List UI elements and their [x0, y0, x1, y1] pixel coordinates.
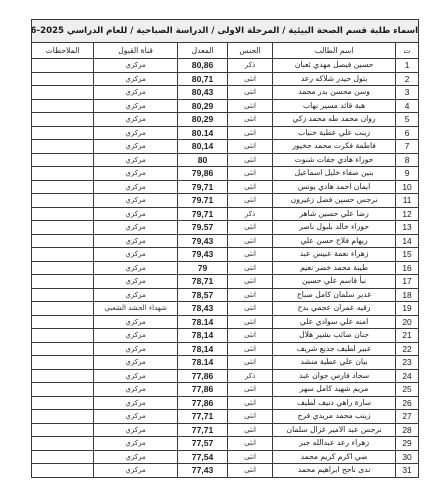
- cell-name: هبة قائد مسير نهاب: [273, 99, 396, 113]
- cell-channel: مركزي: [94, 315, 178, 329]
- cell-gender: انثى: [228, 464, 273, 478]
- cell-gender: انثى: [228, 342, 273, 356]
- cell-no: 12: [396, 207, 419, 221]
- header-no: ت: [396, 43, 419, 59]
- table-row: 2بتول حيدر شلاكه رعدانثى80,71مركزي: [32, 72, 419, 86]
- cell-name: وسن محسن بدر محمد: [273, 86, 396, 100]
- cell-no: 31: [396, 464, 419, 478]
- cell-gender: ذكر: [228, 207, 273, 221]
- cell-channel: مركزي: [94, 450, 178, 464]
- cell-no: 28: [396, 423, 419, 437]
- table-row: 29زهراء رعد عبدالله جبرانثى77,57مركزي: [32, 437, 419, 451]
- cell-no: 1: [396, 59, 419, 73]
- cell-gender: انثى: [228, 167, 273, 181]
- cell-no: 22: [396, 342, 419, 356]
- cell-average: 77,57: [178, 437, 228, 451]
- cell-no: 2: [396, 72, 419, 86]
- cell-notes: [32, 153, 94, 167]
- table-row: 13حوراء خالد بلبول ناصرانثى79.57مركزي: [32, 221, 419, 235]
- cell-channel: مركزي: [94, 207, 178, 221]
- table-row: 19رقيه عمران عجمي بدحانثى78,43شهداء الحش…: [32, 302, 419, 316]
- cell-average: 77,86: [178, 396, 228, 410]
- cell-channel: مركزي: [94, 464, 178, 478]
- cell-name: غدير سلمان كامل صباح: [273, 288, 396, 302]
- cell-name: حوراء هادي جفات شنوت: [273, 153, 396, 167]
- table-row: 7فاطمة فكرت محمد جخيورانثى80,14مركزي: [32, 140, 419, 154]
- cell-average: 77,71: [178, 410, 228, 424]
- cell-name: بيان علي عطية منشد: [273, 356, 396, 370]
- cell-name: مريم شهيد كامل سهر: [273, 383, 396, 397]
- header-row: ت اسم الطالب الجنس المعدل قناة القبول ال…: [32, 43, 419, 59]
- cell-no: 6: [396, 126, 419, 140]
- cell-notes: [32, 248, 94, 262]
- cell-notes: [32, 261, 94, 275]
- cell-average: 79,43: [178, 234, 228, 248]
- table-row: 26سارة راهي دنيف لطيفانثى77,86مركزي: [32, 396, 419, 410]
- cell-average: 78.14: [178, 356, 228, 370]
- cell-notes: [32, 423, 94, 437]
- cell-no: 7: [396, 140, 419, 154]
- cell-channel: مركزي: [94, 72, 178, 86]
- cell-channel: مركزي: [94, 167, 178, 181]
- cell-gender: انثى: [228, 288, 273, 302]
- cell-notes: [32, 437, 94, 451]
- cell-no: 27: [396, 410, 419, 424]
- cell-gender: انثى: [228, 72, 273, 86]
- cell-gender: انثى: [228, 329, 273, 343]
- cell-average: 79,71: [178, 180, 228, 194]
- cell-name: ضي اكرم كريم محمد: [273, 450, 396, 464]
- cell-average: 77,43: [178, 464, 228, 478]
- student-table: اسماء طلبة قسم الصحة البيئية / المرحلة ا…: [31, 19, 419, 478]
- table-row: 16طيبة محمد خضر نعيمانثى79مركزي: [32, 261, 419, 275]
- cell-average: 77,86: [178, 369, 228, 383]
- cell-notes: [32, 126, 94, 140]
- cell-average: 79,71: [178, 207, 228, 221]
- cell-average: 80,71: [178, 72, 228, 86]
- cell-no: 25: [396, 383, 419, 397]
- cell-no: 11: [396, 194, 419, 208]
- cell-channel: مركزي: [94, 396, 178, 410]
- cell-channel: مركزي: [94, 248, 178, 262]
- cell-no: 18: [396, 288, 419, 302]
- cell-no: 5: [396, 113, 419, 127]
- cell-gender: انثى: [228, 450, 273, 464]
- cell-notes: [32, 86, 94, 100]
- cell-channel: مركزي: [94, 356, 178, 370]
- cell-gender: انثى: [228, 356, 273, 370]
- cell-no: 13: [396, 221, 419, 235]
- cell-average: 77,71: [178, 423, 228, 437]
- cell-notes: [32, 329, 94, 343]
- cell-channel: مركزي: [94, 126, 178, 140]
- cell-name: جنان صائب بشير هلال: [273, 329, 396, 343]
- cell-gender: انثى: [228, 113, 273, 127]
- table-row: 18غدير سلمان كامل صباحانثى78,57مركزي: [32, 288, 419, 302]
- cell-gender: انثى: [228, 423, 273, 437]
- cell-average: 80,43: [178, 86, 228, 100]
- cell-channel: مركزي: [94, 410, 178, 424]
- cell-name: سجاد فارس جوان عبد: [273, 369, 396, 383]
- table-body: 1حسين فيصل مهدي ثعبانذكر80,86مركزي2بتول …: [32, 59, 419, 478]
- table-row: 8حوراء هادي جفات شنوتانثى80مركزي: [32, 153, 419, 167]
- cell-gender: انثى: [228, 221, 273, 235]
- cell-average: 78,57: [178, 288, 228, 302]
- cell-channel: مركزي: [94, 342, 178, 356]
- table-row: 1حسين فيصل مهدي ثعبانذكر80,86مركزي: [32, 59, 419, 73]
- table-row: 3وسن محسن بدر محمدانثى80,43مركزي: [32, 86, 419, 100]
- cell-name: سارة راهي دنيف لطيف: [273, 396, 396, 410]
- cell-gender: انثى: [228, 437, 273, 451]
- cell-notes: [32, 288, 94, 302]
- table-row: 9بنين صفاء خليل اسماعيلانثى79,86مركزي: [32, 167, 419, 181]
- cell-no: 30: [396, 450, 419, 464]
- cell-channel: مركزي: [94, 180, 178, 194]
- cell-notes: [32, 342, 94, 356]
- table-row: 21جنان صائب بشير هلالانثى78,14مركزي: [32, 329, 419, 343]
- cell-no: 14: [396, 234, 419, 248]
- cell-gender: ذكر: [228, 59, 273, 73]
- cell-average: 80: [178, 153, 228, 167]
- cell-gender: انثى: [228, 126, 273, 140]
- cell-channel: مركزي: [94, 221, 178, 235]
- table-row: 10ايمان احمد هادي يونسانثى79,71مركزي: [32, 180, 419, 194]
- cell-gender: انثى: [228, 86, 273, 100]
- cell-name: ريهام فلاح حسن علي: [273, 234, 396, 248]
- table-row: 14ريهام فلاح حسن عليانثى79,43مركزي: [32, 234, 419, 248]
- cell-gender: انثى: [228, 383, 273, 397]
- cell-name: نرجس عبد الامير غزال سلمان: [273, 423, 396, 437]
- cell-average: 79,86: [178, 167, 228, 181]
- cell-channel: مركزي: [94, 423, 178, 437]
- cell-average: 78,43: [178, 302, 228, 316]
- cell-gender: انثى: [228, 302, 273, 316]
- header-notes: الملاحظات: [32, 43, 94, 59]
- cell-average: 77,86: [178, 383, 228, 397]
- cell-notes: [32, 450, 94, 464]
- cell-channel: مركزي: [94, 383, 178, 397]
- cell-average: 80,29: [178, 113, 228, 127]
- table-row: 12رضا علي حسين شاهرذكر79,71مركزي: [32, 207, 419, 221]
- cell-name: فاطمة فكرت محمد جخيور: [273, 140, 396, 154]
- cell-average: 79: [178, 261, 228, 275]
- cell-channel: مركزي: [94, 59, 178, 73]
- cell-notes: [32, 234, 94, 248]
- header-gender: الجنس: [228, 43, 273, 59]
- cell-gender: انثى: [228, 140, 273, 154]
- cell-channel: مركزي: [94, 369, 178, 383]
- cell-average: 79,43: [178, 248, 228, 262]
- cell-no: 15: [396, 248, 419, 262]
- cell-notes: [32, 180, 94, 194]
- cell-gender: انثى: [228, 396, 273, 410]
- cell-gender: انثى: [228, 275, 273, 289]
- table-row: 20امنه علي سوادي عليانثى78.14مركزي: [32, 315, 419, 329]
- cell-notes: [32, 275, 94, 289]
- cell-no: 10: [396, 180, 419, 194]
- cell-average: 79.71: [178, 194, 228, 208]
- cell-name: زهراء رعد عبدالله جبر: [273, 437, 396, 451]
- cell-name: ندى ناجح ابراهيم محمد: [273, 464, 396, 478]
- cell-channel: مركزي: [94, 99, 178, 113]
- cell-notes: [32, 396, 94, 410]
- cell-average: 80,14: [178, 140, 228, 154]
- cell-name: زهراء نعمة عبيس عبد: [273, 248, 396, 262]
- cell-name: امنه علي سوادي علي: [273, 315, 396, 329]
- cell-name: طيبة محمد خضر نعيم: [273, 261, 396, 275]
- student-list-sheet: اسماء طلبة قسم الصحة البيئية / المرحلة ا…: [31, 19, 418, 478]
- cell-notes: [32, 410, 94, 424]
- table-row: 25مريم شهيد كامل سهرانثى77,86مركزي: [32, 383, 419, 397]
- header-average: المعدل: [178, 43, 228, 59]
- cell-name: رضا علي حسين شاهر: [273, 207, 396, 221]
- cell-no: 8: [396, 153, 419, 167]
- cell-no: 4: [396, 99, 419, 113]
- cell-gender: انثى: [228, 261, 273, 275]
- table-row: 24سجاد فارس جوان عبدذكر77,86مركزي: [32, 369, 419, 383]
- cell-gender: انثى: [228, 194, 273, 208]
- cell-notes: [32, 99, 94, 113]
- cell-notes: [32, 221, 94, 235]
- cell-notes: [32, 369, 94, 383]
- cell-channel: مركزي: [94, 113, 178, 127]
- cell-name: زينب علي عطية خنياب: [273, 126, 396, 140]
- cell-gender: انثى: [228, 99, 273, 113]
- cell-name: ايمان احمد هادي يونس: [273, 180, 396, 194]
- cell-no: 20: [396, 315, 419, 329]
- cell-no: 17: [396, 275, 419, 289]
- header-name: اسم الطالب: [273, 43, 396, 59]
- cell-no: 9: [396, 167, 419, 181]
- cell-average: 78,14: [178, 342, 228, 356]
- table-row: 28نرجس عبد الامير غزال سلمانانثى77,71مرك…: [32, 423, 419, 437]
- header-channel: قناة القبول: [94, 43, 178, 59]
- cell-gender: انثى: [228, 234, 273, 248]
- cell-average: 80,29: [178, 99, 228, 113]
- cell-average: 78,14: [178, 329, 228, 343]
- cell-no: 16: [396, 261, 419, 275]
- table-row: 23بيان علي عطية منشدانثى78.14مركزي: [32, 356, 419, 370]
- cell-channel: مركزي: [94, 153, 178, 167]
- cell-name: بتول حيدر شلاكه رعد: [273, 72, 396, 86]
- cell-average: 80,86: [178, 59, 228, 73]
- cell-average: 80.14: [178, 126, 228, 140]
- cell-name: روان محمد طه محمد زكي: [273, 113, 396, 127]
- cell-no: 21: [396, 329, 419, 343]
- table-row: 30ضي اكرم كريم محمدانثى77,54مركزي: [32, 450, 419, 464]
- cell-name: حسين فيصل مهدي ثعبان: [273, 59, 396, 73]
- cell-channel: مركزي: [94, 140, 178, 154]
- document-title: اسماء طلبة قسم الصحة البيئية / المرحلة ا…: [32, 20, 419, 43]
- cell-gender: انثى: [228, 153, 273, 167]
- cell-notes: [32, 140, 94, 154]
- cell-notes: [32, 194, 94, 208]
- cell-name: نبأ قاسم علي حسين: [273, 275, 396, 289]
- table-row: 11نرجس حسين فضل زغيرونانثى79.71مركزي: [32, 194, 419, 208]
- cell-name: رقيه عمران عجمي بدح: [273, 302, 396, 316]
- cell-channel: مركزي: [94, 234, 178, 248]
- table-row: 22عبير لطيف جديع شريفانثى78,14مركزي: [32, 342, 419, 356]
- cell-average: 78,71: [178, 275, 228, 289]
- cell-no: 3: [396, 86, 419, 100]
- table-row: 6زينب علي عطية خنيابانثى80.14مركزي: [32, 126, 419, 140]
- cell-average: 77,54: [178, 450, 228, 464]
- cell-notes: [32, 113, 94, 127]
- cell-channel: شهداء الحشد الشعبي: [94, 302, 178, 316]
- cell-channel: مركزي: [94, 86, 178, 100]
- cell-notes: [32, 315, 94, 329]
- cell-channel: مركزي: [94, 261, 178, 275]
- cell-no: 23: [396, 356, 419, 370]
- cell-average: 78.14: [178, 315, 228, 329]
- cell-notes: [32, 72, 94, 86]
- cell-channel: مركزي: [94, 288, 178, 302]
- cell-name: عبير لطيف جديع شريف: [273, 342, 396, 356]
- cell-channel: مركزي: [94, 329, 178, 343]
- cell-name: نرجس حسين فضل زغيرون: [273, 194, 396, 208]
- table-row: 31ندى ناجح ابراهيم محمدانثى77,43مركزي: [32, 464, 419, 478]
- cell-notes: [32, 383, 94, 397]
- cell-no: 26: [396, 396, 419, 410]
- cell-channel: مركزي: [94, 194, 178, 208]
- cell-gender: ذكر: [228, 369, 273, 383]
- cell-name: بنين صفاء خليل اسماعيل: [273, 167, 396, 181]
- cell-no: 29: [396, 437, 419, 451]
- cell-notes: [32, 464, 94, 478]
- cell-gender: انثى: [228, 180, 273, 194]
- cell-notes: [32, 356, 94, 370]
- cell-notes: [32, 59, 94, 73]
- cell-gender: انثى: [228, 248, 273, 262]
- cell-no: 24: [396, 369, 419, 383]
- cell-channel: مركزي: [94, 275, 178, 289]
- cell-gender: انثى: [228, 315, 273, 329]
- cell-gender: انثى: [228, 410, 273, 424]
- cell-average: 79.57: [178, 221, 228, 235]
- table-row: 17نبأ قاسم علي حسينانثى78,71مركزي: [32, 275, 419, 289]
- cell-notes: [32, 167, 94, 181]
- cell-notes: [32, 302, 94, 316]
- table-row: 15زهراء نعمة عبيس عبدانثى79,43مركزي: [32, 248, 419, 262]
- cell-name: زينب محمد مريدي فرج: [273, 410, 396, 424]
- cell-notes: [32, 207, 94, 221]
- table-row: 4هبة قائد مسير نهابانثى80,29مركزي: [32, 99, 419, 113]
- title-row: اسماء طلبة قسم الصحة البيئية / المرحلة ا…: [32, 20, 419, 43]
- table-row: 27زينب محمد مريدي فرجانثى77,71مركزي: [32, 410, 419, 424]
- cell-no: 19: [396, 302, 419, 316]
- cell-name: حوراء خالد بلبول ناصر: [273, 221, 396, 235]
- cell-channel: مركزي: [94, 437, 178, 451]
- table-row: 5روان محمد طه محمد زكيانثى80,29مركزي: [32, 113, 419, 127]
